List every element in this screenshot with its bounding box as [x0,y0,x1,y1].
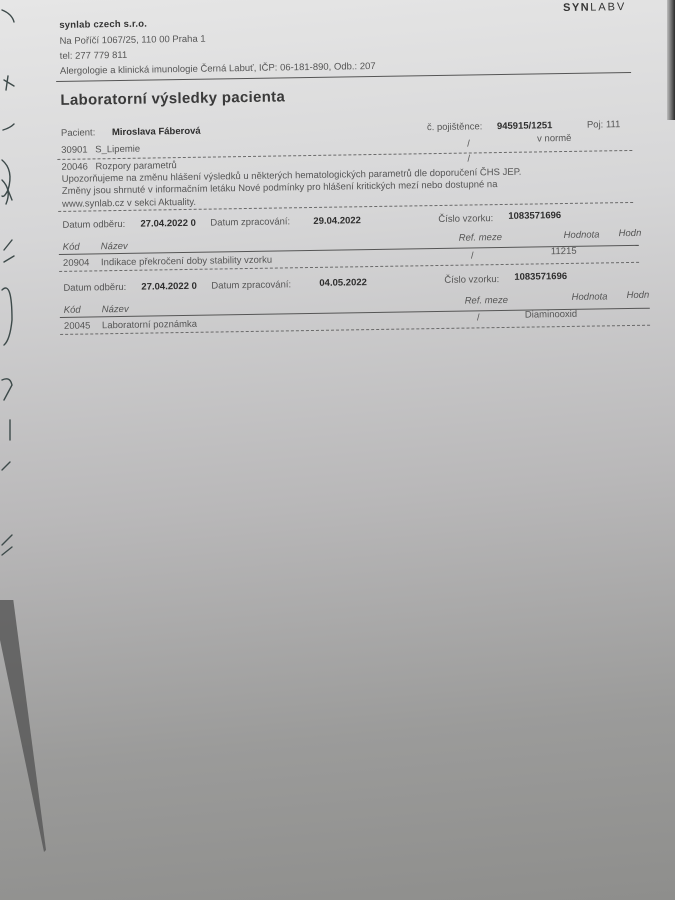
result-code: 20046 [61,162,88,173]
result-code: 30901 [61,145,88,156]
processing-date: 04.05.2022 [319,277,367,289]
lab-report-page: synlab czech s.r.o. Na Poříčí 1067/25, 1… [55,0,645,8]
column-header-ref: Ref. meze [465,295,508,307]
company-phone: tel: 277 779 811 [60,50,128,62]
result-value: Diaminooxid [525,309,577,321]
company-address: Na Poříčí 1067/25, 110 00 Praha 1 [59,34,205,47]
insurer-code: Poj: 111 [587,119,621,131]
logo-mark-icon: V [617,1,626,13]
collection-date-label: Datum odběru: [62,219,125,231]
column-header-value-2: Hodn [619,228,642,239]
handwriting-marks [0,0,40,620]
page-fold-shadow [0,600,48,900]
result-ref: / [471,250,474,261]
sample-number: 1083571696 [514,271,567,283]
patient-label: Pacient: [61,127,95,139]
collection-date: 27.04.2022 0 [141,281,197,293]
column-header-name: Název [101,241,128,252]
result-name: Indikace překročení doby stability vzork… [101,255,272,269]
insurance-label: č. pojištěnce: [427,121,483,133]
insurance-number: 945915/1251 [497,120,553,132]
result-ref: / [467,153,470,164]
result-code: 20045 [64,320,91,331]
result-name: S_Lipemie [95,144,140,156]
column-header-name: Název [102,304,129,315]
column-header-value: Hodnota [572,291,608,303]
processing-date-label: Datum zpracování: [210,216,290,228]
background-edge [667,0,675,120]
column-header-code: Kód [63,242,80,253]
notice-link-line: www.synlab.cz v sekci Aktuality. [62,197,196,210]
sample-number-label: Číslo vzorku: [444,274,499,286]
column-header-value-2: Hodn [627,290,650,301]
synlab-logo: SYNLABV [563,1,626,14]
result-ref: / [477,312,480,323]
column-header-code: Kód [64,305,81,316]
sample-number: 1083571696 [508,210,561,222]
result-name: Laboratorní poznámka [102,319,197,331]
column-header-ref: Ref. meze [459,232,502,244]
column-header-value: Hodnota [564,229,600,241]
collection-date-label: Datum odběru: [63,282,126,294]
result-name: Rozpory parametrů [95,160,176,172]
result-value: v normě [537,133,571,145]
company-name: synlab czech s.r.o. [59,19,147,31]
result-code: 20904 [63,257,90,268]
result-ref: / [467,139,470,150]
page-title: Laboratorní výsledky pacienta [60,88,285,109]
processing-date-label: Datum zpracování: [211,279,291,291]
row-divider [57,150,632,160]
processing-date: 29.04.2022 [313,215,361,227]
department-info: Alergologie a klinická imunologie Černá … [60,61,376,77]
collection-date: 27.04.2022 0 [140,218,196,230]
result-value: 11215 [551,246,577,257]
sample-number-label: Číslo vzorku: [438,213,493,225]
patient-name: Miroslava Fáberová [112,126,201,138]
